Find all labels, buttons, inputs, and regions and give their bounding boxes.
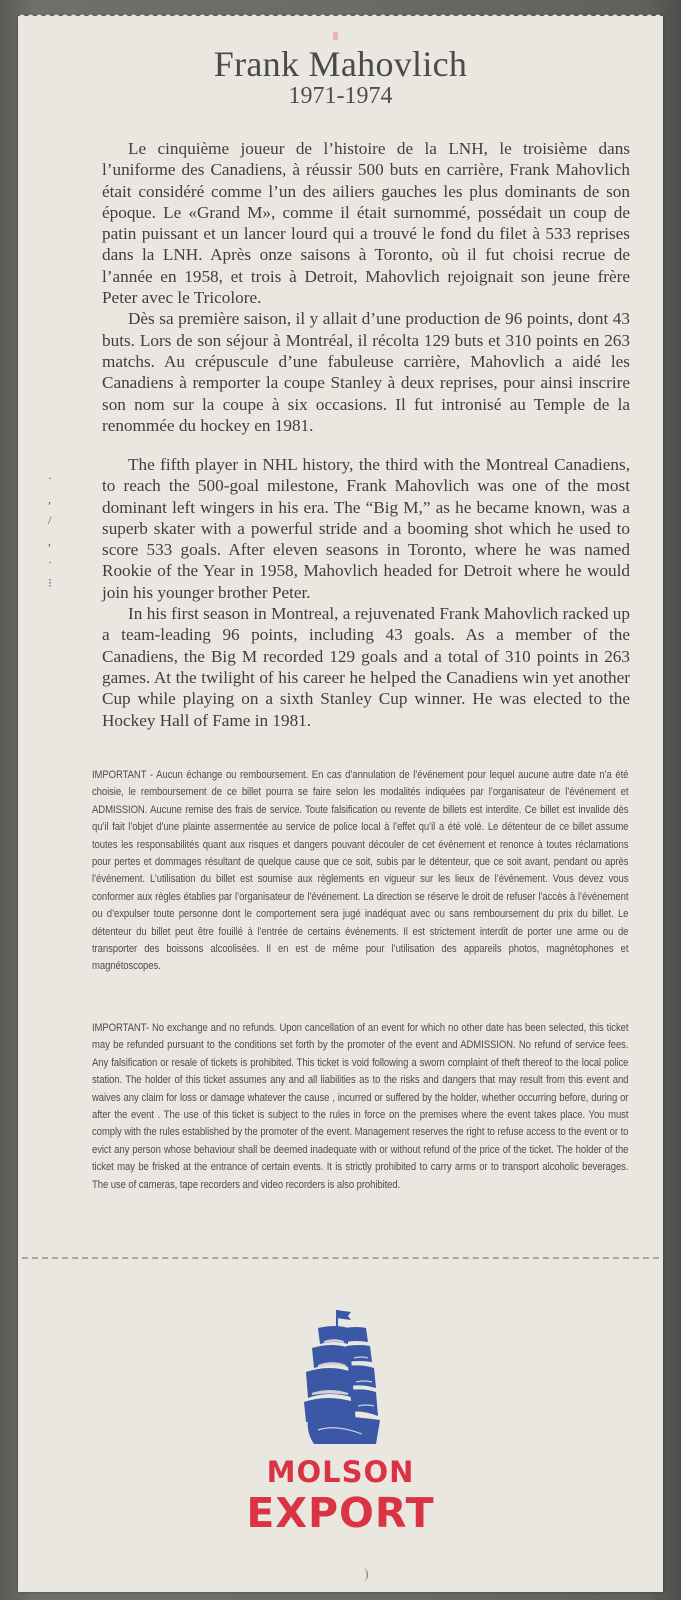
bio-english-paragraph: The fifth player in NHL history, the thi… xyxy=(102,454,630,603)
player-years: 1971-1974 xyxy=(18,82,663,110)
legal-notice-english: IMPORTANT- No exchange and no refunds. U… xyxy=(92,1020,628,1194)
molson-logo xyxy=(18,1306,663,1446)
bio-english: The fifth player in NHL history, the thi… xyxy=(102,454,630,731)
bio-french: Le cinquième joueur de l’histoire de la … xyxy=(102,138,630,436)
player-name: Frank Mahovlich xyxy=(18,44,663,84)
sailing-ship-icon xyxy=(296,1306,386,1446)
bio-english-paragraph: In his first season in Montreal, a rejuv… xyxy=(102,603,630,731)
stray-mark: ) xyxy=(364,1567,369,1583)
bio-french-paragraph: Dès sa première saison, il y allait d’un… xyxy=(102,308,630,436)
brand-name-line1: MOLSON xyxy=(18,1456,663,1488)
serrated-edge xyxy=(18,12,663,18)
perforation-line xyxy=(22,1257,659,1259)
margin-marks: ·,/,·⁝ xyxy=(48,468,58,594)
legal-notice-french: IMPORTANT - Aucun échange ou rembourseme… xyxy=(92,767,628,976)
ticket: Frank Mahovlich 1971-1974 Le cinquième j… xyxy=(18,16,663,1592)
ink-mark xyxy=(333,32,338,40)
bio-french-paragraph: Le cinquième joueur de l’histoire de la … xyxy=(102,138,630,308)
brand-name-line2: EXPORT xyxy=(18,1490,663,1536)
